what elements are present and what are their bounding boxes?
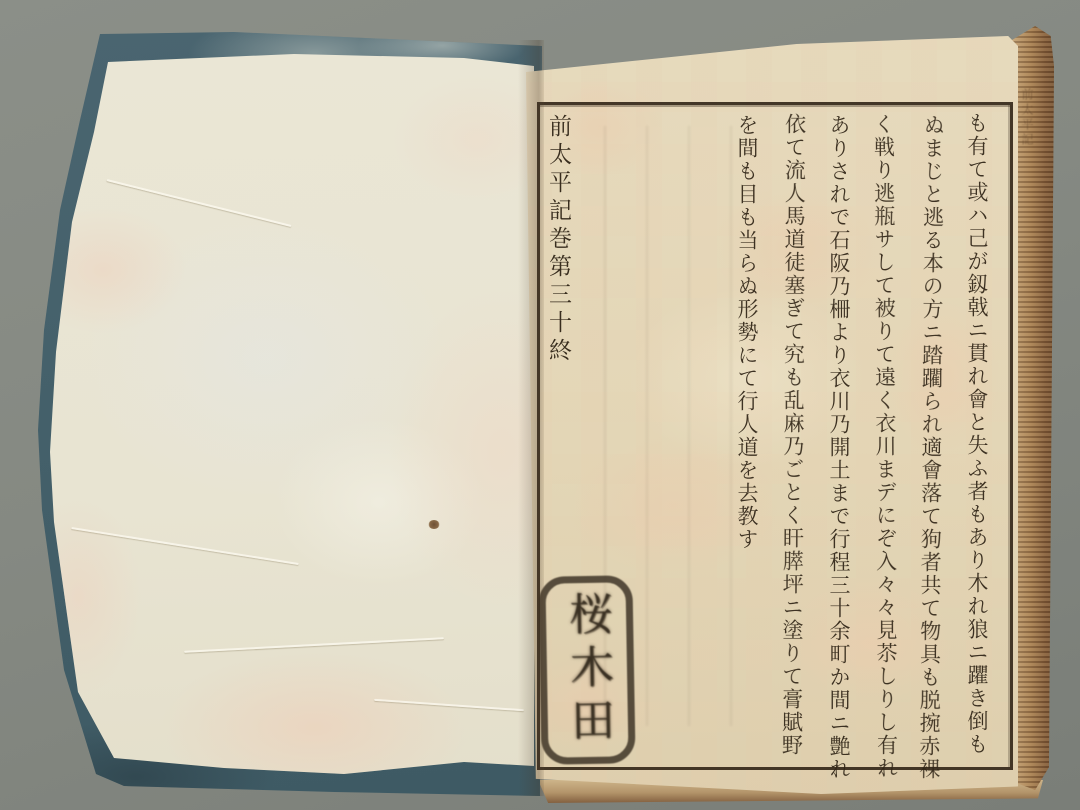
volume-colophon: 前太平記巻第三十終 — [546, 114, 569, 366]
stain-spot — [428, 520, 440, 529]
owner-seal: 桜木田 — [538, 575, 635, 765]
wrinkle-line — [71, 527, 298, 565]
text-column: ぬまじと逃る本の方ニ踏躙られ適會落て狗者共て物具も脱捥赤裸 — [918, 114, 944, 781]
wrinkle-line — [107, 179, 292, 227]
left-page-pastedown — [44, 52, 536, 778]
wrinkle-line — [184, 637, 444, 653]
seal-text: 桜木田 — [554, 590, 621, 750]
fore-edge-title: 前太平記 — [1019, 88, 1036, 388]
text-column: も有て或ハ己が釼戟ニ貫れ會と失ふ者もあり木れ狼ニ躣き倒も — [966, 112, 987, 756]
text-column: 依て流人馬道徒塞ぎて究も乱麻乃ごとく盰膵坪ニ塗りて膏賦野 — [780, 113, 804, 757]
photo-background: も有て或ハ己が釼戟ニ貫れ會と失ふ者もあり木れ狼ニ躣き倒も ぬまじと逃る本の方ニ踏… — [0, 0, 1080, 810]
text-column: ありされで石阪乃柵より衣川乃開土まで行程三十余町か間ニ艶れ — [828, 114, 849, 781]
right-page: も有て或ハ己が釼戟ニ貫れ會と失ふ者もあり木れ狼ニ躣き倒も ぬまじと逃る本の方ニ踏… — [526, 36, 1018, 794]
text-column: を間も目も当らぬ形勢にて行人道を去教す — [736, 114, 757, 551]
wrinkle-line — [374, 699, 524, 711]
text-column: く戦り逃瓶サして被りて遠く衣川まデにぞ入々々見苶しりし有れ — [872, 113, 896, 780]
